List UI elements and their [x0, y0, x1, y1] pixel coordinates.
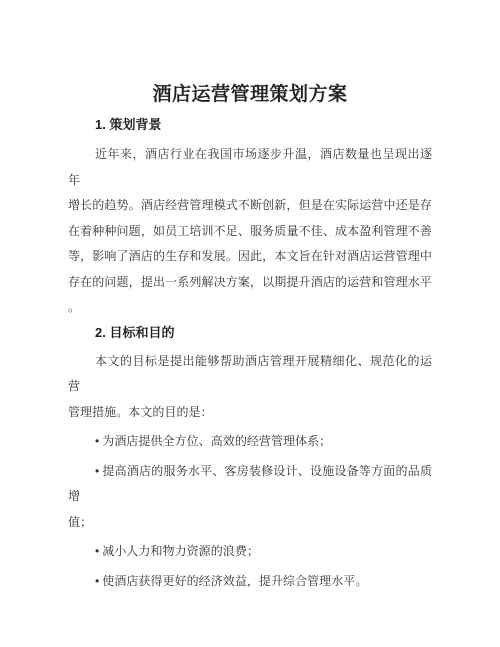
paragraph-line: 等，影响了酒店的生存和发展。因此，本文旨在针对酒店运营管理中	[68, 244, 432, 270]
bullet-icon: •	[95, 544, 99, 558]
paragraph-1: 近年来，酒店行业在我国市场逐步升温，酒店数量也呈现出逐年 增长的趋势。酒店经营管…	[68, 142, 432, 321]
paragraph-line: 增长的趋势。酒店经营管理模式不断创新，但是在实际运营中还是存	[68, 193, 432, 219]
bullet-icon: •	[95, 464, 99, 478]
bullet-icon: •	[95, 434, 99, 448]
paragraph-line: 值；	[68, 510, 432, 536]
document-page: 酒店运营管理策划方案 1. 策划背景 近年来，酒店行业在我国市场逐步升温，酒店数…	[0, 0, 500, 647]
paragraph-line: 在着种种问题，如员工培训不足、服务质量不佳、成本盈利管理不善	[68, 219, 432, 245]
bullet-item-1: •为酒店提供全方位、高效的经营管理体系；	[68, 429, 432, 455]
bullet-item-4: •使酒店获得更好的经济效益，提升综合管理水平。	[68, 569, 432, 595]
paragraph-line: 管理措施。本文的目的是：	[68, 400, 432, 426]
paragraph-line: •提高酒店的服务水平、客房装修设计、设施设备等方面的品质增	[68, 459, 432, 510]
paragraph-line: •为酒店提供全方位、高效的经营管理体系；	[68, 429, 432, 455]
bullet-text: 减小人力和物力资源的浪费；	[102, 544, 259, 558]
paragraph-line: 。	[68, 295, 432, 321]
paragraph-line: •使酒店获得更好的经济效益，提升综合管理水平。	[68, 569, 432, 595]
bullet-icon: •	[95, 574, 99, 588]
document-title: 酒店运营管理策划方案	[68, 83, 432, 106]
paragraph-line: •减小人力和物力资源的浪费；	[68, 539, 432, 565]
bullet-text: 使酒店获得更好的经济效益，提升综合管理水平。	[102, 574, 367, 588]
paragraph-line: 本文的目标是提出能够帮助酒店管理开展精细化、规范化的运营	[68, 349, 432, 400]
paragraph-line: 近年来，酒店行业在我国市场逐步升温，酒店数量也呈现出逐年	[68, 142, 432, 193]
bullet-item-3: •减小人力和物力资源的浪费；	[68, 539, 432, 565]
section-heading-1: 1. 策划背景	[95, 116, 432, 134]
paragraph-2: 本文的目标是提出能够帮助酒店管理开展精细化、规范化的运营 管理措施。本文的目的是…	[68, 349, 432, 426]
paragraph-line: 存在的问题，提出一系列解决方案，以期提升酒店的运营和管理水平	[68, 270, 432, 296]
bullet-text: 提高酒店的服务水平、客房装修设计、设施设备等方面的品质增	[68, 464, 432, 504]
bullet-text: 为酒店提供全方位、高效的经营管理体系；	[102, 434, 331, 448]
section-heading-2: 2. 目标和目的	[95, 324, 432, 342]
bullet-item-2: •提高酒店的服务水平、客房装修设计、设施设备等方面的品质增 值；	[68, 459, 432, 536]
